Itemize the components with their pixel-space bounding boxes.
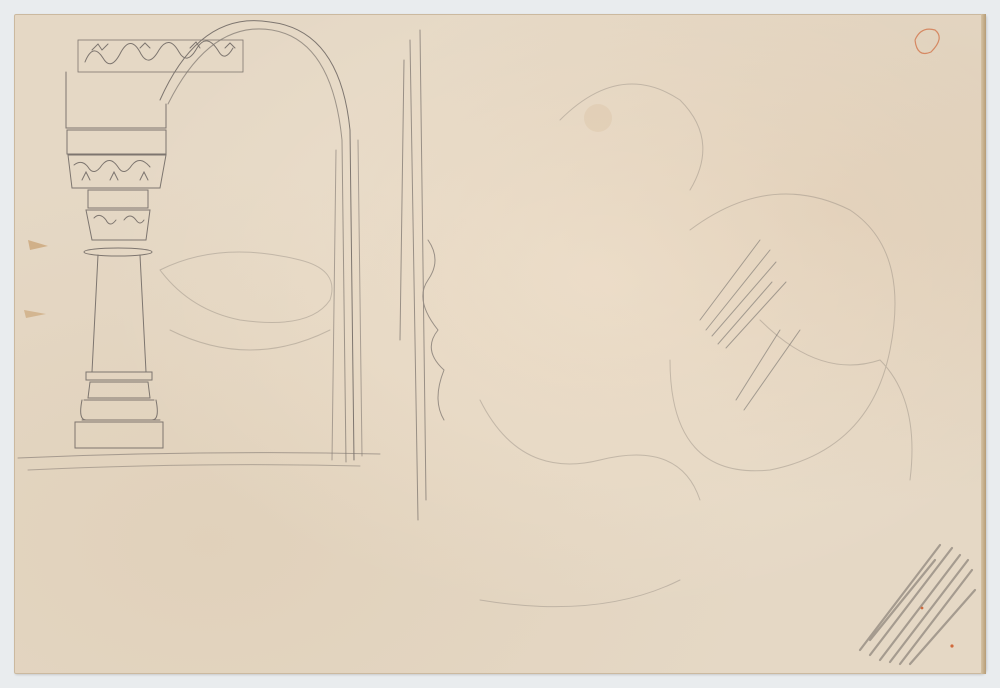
frieze-ornament	[78, 40, 243, 72]
hatching-middle	[700, 240, 800, 410]
column-shaft	[75, 248, 163, 448]
faint-figure-sketch	[160, 84, 912, 607]
paper-stains	[24, 29, 954, 647]
hatching-corner	[860, 545, 975, 664]
arch	[160, 21, 362, 462]
vertical-strokes	[400, 30, 444, 520]
pencil-sketch	[0, 0, 1000, 688]
image-stage: Pencil sketch on aged paper: ornate colu…	[0, 0, 1000, 688]
column-capital	[68, 155, 166, 240]
